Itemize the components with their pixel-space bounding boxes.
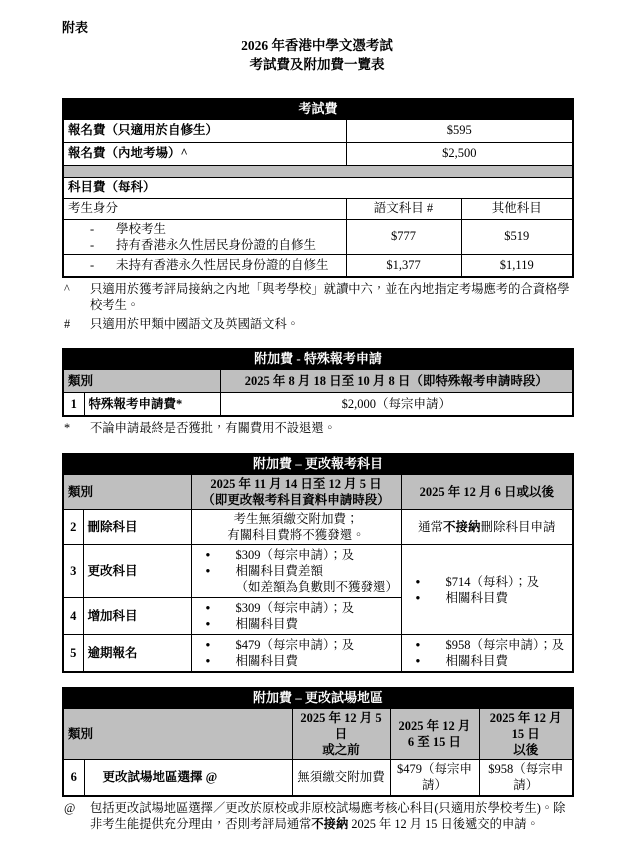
col-header-category: 類別 (63, 369, 220, 392)
rich-text-bold: 不接納 (311, 817, 348, 831)
footnote: @ 包括更改試場地區選擇／更改於原校或非原校試場應考核心科目(只適用於學校考生)… (62, 801, 572, 833)
col-header-period2: 2025 年 12 月 6 至 15 日 (390, 709, 479, 760)
footnote-marker: * (62, 421, 90, 437)
bullet-text: $479（每宗申請）；及 (236, 637, 397, 653)
bullet-glyph: ● (406, 637, 446, 653)
row-number: 5 (63, 635, 83, 673)
document-page: 附表 2026 年香港中學文憑考試 考試費及附加費一覽表 考試費 報名費（只適用… (0, 0, 634, 847)
period-line: 6 至 15 日 (395, 734, 475, 750)
fee-cell: 考生無須繳交附加費； 有關科目費將不獲發還。 (191, 510, 401, 545)
fee-value: $2,500 (346, 142, 573, 165)
row-label: 特殊報考申請費* (84, 392, 220, 416)
bullet-item: ● $479（每宗申請）；及 (196, 637, 397, 653)
dash-glyph: - (90, 237, 116, 253)
period-line: 2025 年 12 月 15 日 (484, 710, 569, 742)
period-line: 2025 年 12 月 5 日 (297, 710, 386, 742)
footnote-text: 只適用於甲類中國語文及英國語文科。 (90, 317, 572, 333)
gray-separator (63, 165, 573, 177)
bullet-text: 相關科目費 (446, 653, 569, 669)
row-label: 報名費（內地考場）^ (63, 142, 346, 165)
fee-value: $1,119 (461, 254, 573, 277)
col-header-period2: 2025 年 12 月 6 日或以後 (401, 475, 573, 510)
rich-text-bold: 不接納 (443, 520, 481, 534)
bullet-glyph: ● (196, 547, 236, 563)
bullet-text: $309（每宗申請）；及 (236, 600, 397, 616)
bullet-glyph: ● (406, 590, 446, 606)
col-header-category: 類別 (63, 475, 191, 510)
bullet-glyph: ● (196, 616, 236, 632)
column-header-row: 考生身分 語文科目 # 其他科目 (63, 198, 573, 219)
col-header-period: 2025 年 8 月 18 日至 10 月 8 日（即特殊報考申請時段） (220, 369, 573, 392)
table-header-row: 附加費 – 更改報考科目 (63, 454, 573, 474)
rich-text-pre: 通常 (418, 520, 443, 534)
bullet-text: 相關科目費差額 （如差額為負數則不獲發還） (236, 563, 397, 595)
fee-cell: ● $958（每宗申請）；及 ● 相關科目費 (401, 635, 573, 673)
row-number: 3 (63, 545, 83, 598)
list-item: - 未持有香港永久性居民身份證的自修生 (68, 257, 342, 273)
fee-cell: ● $479（每宗申請）；及 ● 相關科目費 (191, 635, 401, 673)
fee-value: $958（每宗申請） (479, 760, 573, 796)
page-title: 2026 年香港中學文憑考試 考試費及附加費一覽表 (62, 37, 572, 75)
footnote: ^ 只適用於獲考評局接納之內地「與考學校」就讀中六，並在內地指定考場應考的合資格… (62, 282, 572, 314)
bullet-text-line: 相關科目費差額 (236, 563, 397, 579)
bullet-text: 相關科目費 (236, 653, 397, 669)
bullet-text: 相關科目費 (446, 590, 569, 606)
table-row: 5 逾期報名 ● $479（每宗申請）；及 ● 相關科目費 ● (63, 635, 573, 673)
col-header-candidate: 考生身分 (63, 198, 346, 219)
section-bar-subject-change: 附加費 – 更改報考科目 (63, 454, 573, 474)
table-row: 1 特殊報考申請費* $2,000（每宗申請） (63, 392, 573, 416)
bullet-item: ● $309（每宗申請）；及 (196, 600, 397, 616)
table-row: 6 更改試場地區選擇 @ 無須繳交附加費 $479（每宗申請） $958（每宗申… (63, 760, 573, 796)
rich-text-post: 2025 年 12 月 15 日後遞交的申請。 (348, 817, 539, 831)
section-bar-exam-fee: 考試費 (63, 99, 573, 119)
fee-value: $519 (461, 219, 573, 254)
bullet-text-subline: （如差額為負數則不獲發還） (236, 579, 397, 595)
col-header-category: 類別 (63, 709, 292, 760)
fee-cell: ● $309（每宗申請）；及 ● 相關科目費 (191, 598, 401, 635)
col-header-period3: 2025 年 12 月 15 日 以後 (479, 709, 573, 760)
table-row: 報名費（只適用於自修生） $595 (63, 119, 573, 142)
bullet-glyph: ● (196, 563, 236, 579)
footnotes-block: ^ 只適用於獲考評局接納之內地「與考學校」就讀中六，並在內地指定考場應考的合資格… (62, 282, 572, 333)
footnote-text: 只適用於獲考評局接納之內地「與考學校」就讀中六，並在內地指定考場應考的合資格學校… (90, 282, 572, 314)
footnote: # 只適用於甲類中國語文及英國語文科。 (62, 317, 572, 333)
col-header-other: 其他科目 (461, 198, 573, 219)
row-number: 4 (63, 598, 83, 635)
fee-cell: 通常不接納刪除科目申請 (401, 510, 573, 545)
footnote-marker: # (62, 317, 90, 333)
table-row: 3 更改科目 ● $309（每宗申請）；及 ● 相關科目費差額 （如差額為負數則… (63, 545, 573, 598)
bullet-text: 相關科目費 (236, 616, 397, 632)
subject-change-table: 附加費 – 更改報考科目 類別 2025 年 11 月 14 日至 12 月 5… (62, 453, 574, 673)
col-header-language: 語文科目 # (346, 198, 461, 219)
table-row: 科目費（每科） (63, 177, 573, 198)
table-header-row: 附加費 - 特殊報考申請 (63, 349, 573, 369)
period-line: 或之前 (297, 742, 386, 758)
column-header-row: 類別 2025 年 8 月 18 日至 10 月 8 日（即特殊報考申請時段） (63, 369, 573, 392)
dash-glyph: - (90, 257, 116, 273)
table-row: - 未持有香港永久性居民身份證的自修生 $1,377 $1,119 (63, 254, 573, 277)
title-line-2: 考試費及附加費一覽表 (62, 56, 572, 75)
subject-fee-section-title: 科目費（每科） (63, 177, 573, 198)
footnote-text: 包括更改試場地區選擇／更改於原校或非原校試場應考核心科目(只適用於學校考生)。除… (90, 801, 572, 833)
row-number: 1 (63, 392, 84, 416)
bullet-item: ● $309（每宗申請）；及 (196, 547, 397, 563)
fee-value: $1,377 (346, 254, 461, 277)
bullet-item: ● $714（每科）；及 (406, 574, 569, 590)
row-label: 更改試場地區選擇 @ (84, 760, 292, 796)
bullet-item: ● 相關科目費 (196, 653, 397, 669)
list-item-text: 持有香港永久性居民身份證的自修生 (116, 237, 316, 253)
period-line: 2025 年 12 月 (395, 718, 475, 734)
exam-fee-table: 考試費 報名費（只適用於自修生） $595 報名費（內地考場）^ $2,500 … (62, 98, 574, 278)
bullet-glyph: ● (406, 574, 446, 590)
footnote-text: 不論申請最終是否獲批，有關費用不設退還。 (90, 421, 572, 437)
bullet-text: $958（每宗申請）；及 (446, 637, 569, 653)
column-header-row: 類別 2025 年 12 月 5 日 或之前 2025 年 12 月 6 至 1… (63, 709, 573, 760)
footnote-marker: ^ (62, 282, 90, 314)
row-number: 2 (63, 510, 83, 545)
section-bar-special-entry: 附加費 - 特殊報考申請 (63, 349, 573, 369)
title-line-1: 2026 年香港中學文憑考試 (62, 37, 572, 56)
footnote: * 不論申請最終是否獲批，有關費用不設退還。 (62, 421, 572, 437)
separator-row (63, 165, 573, 177)
bullet-glyph: ● (196, 653, 236, 669)
list-item-text: 學校考生 (116, 221, 166, 237)
period-line: 2025 年 11 月 14 日至 12 月 5 日 (196, 476, 397, 492)
bullet-item: ● 相關科目費差額 （如差額為負數則不獲發還） (196, 563, 397, 595)
row-label: 更改科目 (83, 545, 191, 598)
table-row: 2 刪除科目 考生無須繳交附加費； 有關科目費將不獲發還。 通常不接納刪除科目申… (63, 510, 573, 545)
col-header-period1: 2025 年 11 月 14 日至 12 月 5 日 （即更改報考科目資料申請時… (191, 475, 401, 510)
bullet-glyph: ● (196, 600, 236, 616)
bullet-glyph: ● (406, 653, 446, 669)
fee-value: $595 (346, 119, 573, 142)
table-row: - 學校考生 - 持有香港永久性居民身份證的自修生 $777 $519 (63, 219, 573, 254)
column-header-row: 類別 2025 年 11 月 14 日至 12 月 5 日 （即更改報考科目資料… (63, 475, 573, 510)
candidate-types-cell: - 學校考生 - 持有香港永久性居民身份證的自修生 (63, 219, 346, 254)
table-row: 報名費（內地考場）^ $2,500 (63, 142, 573, 165)
table-header-row: 附加費 – 更改試場地區 (63, 688, 573, 708)
list-item: - 持有香港永久性居民身份證的自修生 (68, 237, 342, 253)
bullet-item: ● $958（每宗申請）；及 (406, 637, 569, 653)
row-number: 6 (63, 760, 84, 796)
row-label: 逾期報名 (83, 635, 191, 673)
fee-value: $777 (346, 219, 461, 254)
corner-label: 附表 (62, 20, 572, 37)
rich-text-post: 刪除科目申請 (481, 520, 556, 534)
fee-cell-line: 考生無須繳交附加費； (196, 511, 397, 527)
period-line: （即更改報考科目資料申請時段） (196, 492, 397, 508)
col-header-period1: 2025 年 12 月 5 日 或之前 (292, 709, 390, 760)
fee-value: 無須繳交附加費 (292, 760, 390, 796)
period-line: 以後 (484, 742, 569, 758)
special-entry-table: 附加費 - 特殊報考申請 類別 2025 年 8 月 18 日至 10 月 8 … (62, 348, 574, 417)
centre-change-table: 附加費 – 更改試場地區 類別 2025 年 12 月 5 日 或之前 2025… (62, 687, 574, 796)
fee-cell-line: 有關科目費將不獲發還。 (196, 527, 397, 543)
footnote-marker: @ (62, 801, 90, 833)
bullet-text: $714（每科）；及 (446, 574, 569, 590)
list-item-text: 未持有香港永久性居民身份證的自修生 (116, 257, 329, 273)
dash-glyph: - (90, 221, 116, 237)
bullet-item: ● 相關科目費 (406, 590, 569, 606)
bullet-item: ● 相關科目費 (196, 616, 397, 632)
table-header-row: 考試費 (63, 99, 573, 119)
row-label: 刪除科目 (83, 510, 191, 545)
fee-cell-merged: ● $714（每科）；及 ● 相關科目費 (401, 545, 573, 635)
row-label: 增加科目 (83, 598, 191, 635)
bullet-item: ● 相關科目費 (406, 653, 569, 669)
section-bar-centre-change: 附加費 – 更改試場地區 (63, 688, 573, 708)
candidate-types-cell: - 未持有香港永久性居民身份證的自修生 (63, 254, 346, 277)
fee-value: $2,000（每宗申請） (220, 392, 573, 416)
bullet-glyph: ● (196, 637, 236, 653)
fee-value: $479（每宗申請） (390, 760, 479, 796)
bullet-text: $309（每宗申請）；及 (236, 547, 397, 563)
fee-cell: ● $309（每宗申請）；及 ● 相關科目費差額 （如差額為負數則不獲發還） (191, 545, 401, 598)
row-label: 報名費（只適用於自修生） (63, 119, 346, 142)
list-item: - 學校考生 (68, 221, 342, 237)
